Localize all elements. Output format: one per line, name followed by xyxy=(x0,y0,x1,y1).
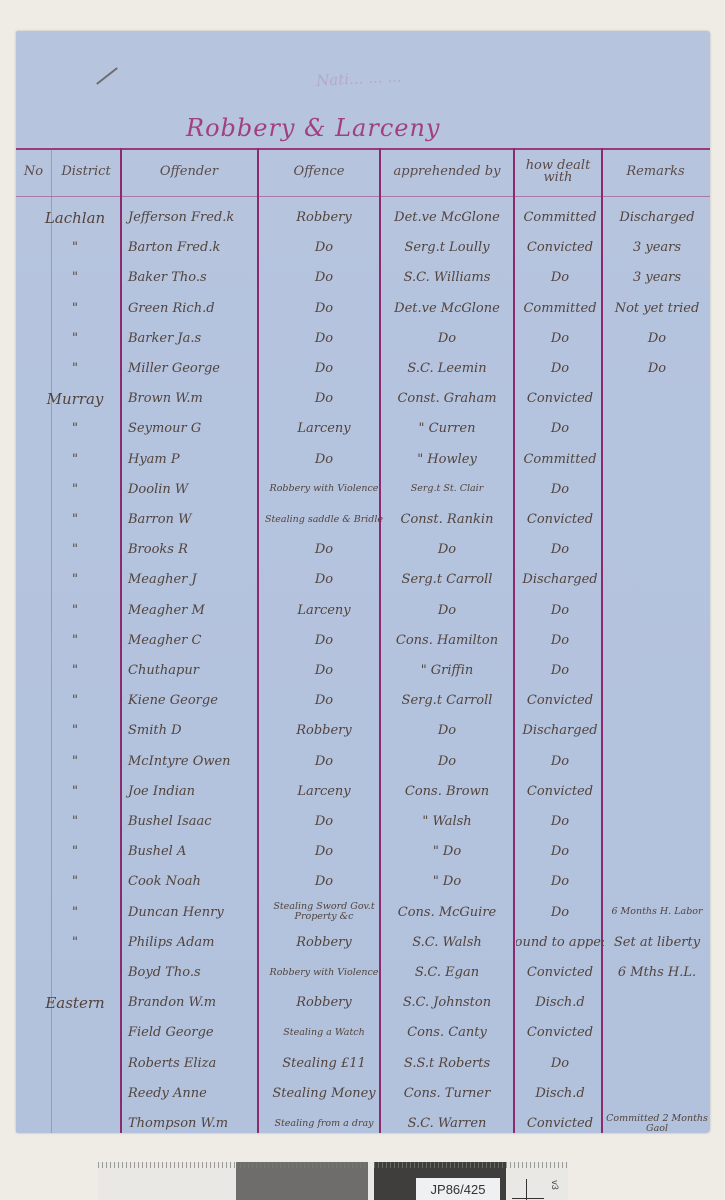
offence-cell: Do xyxy=(264,324,384,353)
offence-cell: Do xyxy=(264,807,384,836)
district-cell xyxy=(32,1049,118,1078)
apprehended-by-cell: Cons. McGuire xyxy=(382,898,512,927)
dealt-with-cell: Do xyxy=(516,626,604,655)
remarks-cell xyxy=(606,747,708,776)
offender-cell: Barker Ja.s xyxy=(124,324,264,353)
table-row: "Bushel IsaacDo" WalshDo xyxy=(16,807,710,836)
dealt-with-cell: Committed xyxy=(516,294,604,323)
header-apprehended-by: apprehended by xyxy=(381,149,513,195)
district-cell: Eastern xyxy=(32,988,118,1017)
offender-cell: Brandon W.m xyxy=(124,988,264,1017)
offence-cell: Do xyxy=(264,233,384,262)
dealt-with-cell: Convicted xyxy=(516,958,604,987)
offence-cell: Do xyxy=(264,837,384,866)
dealt-with-cell: Do xyxy=(516,898,604,927)
header-district: District xyxy=(52,149,120,195)
table-row: "Philips AdamRobberyS.C. WalshBound to a… xyxy=(16,928,710,957)
district-cell: " xyxy=(32,716,118,745)
apprehended-by-cell: " Griffin xyxy=(382,656,512,685)
dealt-with-cell: Do xyxy=(516,747,604,776)
district-cell xyxy=(32,958,118,987)
offender-cell: Chuthapur xyxy=(124,656,264,685)
offence-cell: Do xyxy=(264,686,384,715)
table-row: Field GeorgeStealing a WatchCons. CantyC… xyxy=(16,1018,710,1047)
header-offence: Offence xyxy=(259,149,379,195)
remarks-cell: 6 Months H. Labor xyxy=(606,898,708,927)
table-row: "Meagher MLarcenyDoDo xyxy=(16,596,710,625)
district-cell: " xyxy=(32,898,118,927)
offender-cell: Reedy Anne xyxy=(124,1079,264,1108)
apprehended-by-cell: " Do xyxy=(382,837,512,866)
table-row: LachlanJefferson Fred.kRobberyDet.ve McG… xyxy=(16,203,710,232)
offence-cell: Robbery xyxy=(264,716,384,745)
remarks-cell: Do xyxy=(606,324,708,353)
dealt-with-cell: Do xyxy=(516,867,604,896)
table-row: "Green Rich.dDoDet.ve McGloneCommittedNo… xyxy=(16,294,710,323)
apprehended-by-cell: S.C. Walsh xyxy=(382,928,512,957)
offender-cell: Brown W.m xyxy=(124,384,264,413)
remarks-cell xyxy=(606,626,708,655)
remarks-cell xyxy=(606,686,708,715)
offence-cell: Stealing Sword Gov.t Property &c xyxy=(264,898,384,927)
offender-cell: Barron W xyxy=(124,505,264,534)
offender-cell: Jefferson Fred.k xyxy=(124,203,264,232)
apprehended-by-cell: Serg.t Loully xyxy=(382,233,512,262)
ledger-page: Nati... ... ... Robbery & Larceny No Dis… xyxy=(16,31,710,1133)
offence-cell: Larceny xyxy=(264,777,384,806)
offence-cell: Larceny xyxy=(264,596,384,625)
remarks-cell xyxy=(606,414,708,443)
offender-cell: Baker Tho.s xyxy=(124,263,264,292)
remarks-cell xyxy=(606,807,708,836)
offender-cell: Bushel Isaac xyxy=(124,807,264,836)
dealt-with-cell: Discharged xyxy=(516,565,604,594)
table-row: MurrayBrown W.mDoConst. GrahamConvicted xyxy=(16,384,710,413)
dealt-with-cell: Disch.d xyxy=(516,988,604,1017)
table-row: Boyd Tho.sRobbery with ViolenceS.C. Egan… xyxy=(16,958,710,987)
table-row: EasternBrandon W.mRobberyS.C. JohnstonDi… xyxy=(16,988,710,1017)
table-row: "Meagher JDoSerg.t CarrollDischarged xyxy=(16,565,710,594)
offender-cell: Bushel A xyxy=(124,837,264,866)
offence-cell: Do xyxy=(264,747,384,776)
apprehended-by-cell: S.C. Warren xyxy=(382,1109,512,1138)
apprehended-by-cell: " Walsh xyxy=(382,807,512,836)
offender-cell: Barton Fred.k xyxy=(124,233,264,262)
offender-cell: Roberts Eliza xyxy=(124,1049,264,1078)
table-row: "Miller GeorgeDoS.C. LeeminDoDo xyxy=(16,354,710,383)
district-cell: " xyxy=(32,475,118,504)
remarks-cell xyxy=(606,867,708,896)
table-row: "Barker Ja.sDoDoDoDo xyxy=(16,324,710,353)
district-cell: " xyxy=(32,445,118,474)
offence-cell: Stealing Money xyxy=(264,1079,384,1108)
header-offender: Offender xyxy=(122,149,256,195)
offence-cell: Do xyxy=(264,867,384,896)
apprehended-by-cell: Cons. Turner xyxy=(382,1079,512,1108)
remarks-cell: Not yet tried xyxy=(606,294,708,323)
dealt-with-cell: Convicted xyxy=(516,505,604,534)
dealt-with-cell: Disch.d xyxy=(516,1079,604,1108)
apprehended-by-cell: Const. Rankin xyxy=(382,505,512,534)
remarks-cell xyxy=(606,505,708,534)
remarks-cell xyxy=(606,596,708,625)
offender-cell: Kiene George xyxy=(124,686,264,715)
dealt-with-cell: Do xyxy=(516,1049,604,1078)
offence-cell: Stealing £11 xyxy=(264,1049,384,1078)
dealt-with-cell: Do xyxy=(516,354,604,383)
page-title: Robbery & Larceny xyxy=(186,114,506,142)
table-row: "Seymour GLarceny" CurrenDo xyxy=(16,414,710,443)
offence-cell: Do xyxy=(264,656,384,685)
remarks-cell xyxy=(606,535,708,564)
district-cell: " xyxy=(32,505,118,534)
offender-cell: Meagher M xyxy=(124,596,264,625)
table-row: "ChuthapurDo" GriffinDo xyxy=(16,656,710,685)
dealt-with-cell: Do xyxy=(516,475,604,504)
offence-cell: Robbery xyxy=(264,928,384,957)
apprehended-by-cell: S.C. Williams xyxy=(382,263,512,292)
table-row: "Baker Tho.sDoS.C. WilliamsDo3 years xyxy=(16,263,710,292)
dealt-with-cell: Convicted xyxy=(516,1018,604,1047)
apprehended-by-cell: S.C. Leemin xyxy=(382,354,512,383)
table-row: "McIntyre OwenDoDoDo xyxy=(16,747,710,776)
table-row: "Smith DRobberyDoDischarged xyxy=(16,716,710,745)
apprehended-by-cell: Do xyxy=(382,747,512,776)
offender-cell: Field George xyxy=(124,1018,264,1047)
remarks-cell xyxy=(606,1018,708,1047)
scale-segment-white xyxy=(98,1162,236,1200)
remarks-cell: Set at liberty xyxy=(606,928,708,957)
apprehended-by-cell: Do xyxy=(382,716,512,745)
district-cell xyxy=(32,1109,118,1138)
remarks-cell: 3 years xyxy=(606,263,708,292)
table-row: "Kiene GeorgeDoSerg.t CarrollConvicted xyxy=(16,686,710,715)
offence-cell: Do xyxy=(264,294,384,323)
table-row: Reedy AnneStealing MoneyCons. TurnerDisc… xyxy=(16,1079,710,1108)
table-row: "Barton Fred.kDoSerg.t LoullyConvicted3 … xyxy=(16,233,710,262)
catalog-label: JP86/425 xyxy=(416,1178,500,1200)
remarks-cell: 3 years xyxy=(606,233,708,262)
district-cell: " xyxy=(32,747,118,776)
dealt-with-cell: Discharged xyxy=(516,716,604,745)
offender-cell: Doolin W xyxy=(124,475,264,504)
version-label: v3 xyxy=(550,1180,560,1190)
scale-segment-gray xyxy=(236,1162,368,1200)
offence-cell: Stealing from a dray xyxy=(264,1109,384,1138)
apprehended-by-cell: Det.ve McGlone xyxy=(382,294,512,323)
dealt-with-cell: Convicted xyxy=(516,1109,604,1138)
offender-cell: Hyam P xyxy=(124,445,264,474)
apprehended-by-cell: Do xyxy=(382,324,512,353)
table-row: "Joe IndianLarcenyCons. BrownConvicted xyxy=(16,777,710,806)
apprehended-by-cell: Serg.t Carroll xyxy=(382,686,512,715)
remarks-cell: 6 Mths H.L. xyxy=(606,958,708,987)
offender-cell: Miller George xyxy=(124,354,264,383)
scale-segment-end: v3 xyxy=(506,1162,568,1200)
remarks-cell xyxy=(606,777,708,806)
table-row: "Duncan HenryStealing Sword Gov.t Proper… xyxy=(16,898,710,927)
remarks-cell xyxy=(606,837,708,866)
district-cell: " xyxy=(32,807,118,836)
dealt-with-cell: Do xyxy=(516,596,604,625)
offence-cell: Do xyxy=(264,535,384,564)
offence-cell: Robbery with Violence xyxy=(264,475,384,504)
apprehended-by-cell: S.C. Egan xyxy=(382,958,512,987)
offender-cell: Cook Noah xyxy=(124,867,264,896)
scale-segment-dark: JP86/425 xyxy=(374,1162,506,1200)
district-cell: " xyxy=(32,837,118,866)
district-cell: " xyxy=(32,777,118,806)
apprehended-by-cell: Serg.t St. Clair xyxy=(382,475,512,504)
header-no: No xyxy=(16,149,51,195)
offence-cell: Do xyxy=(264,626,384,655)
apprehended-by-cell: " Do xyxy=(382,867,512,896)
apprehended-by-cell: Cons. Canty xyxy=(382,1018,512,1047)
district-cell: " xyxy=(32,354,118,383)
table-row: Roberts ElizaStealing £11S.S.t RobertsDo xyxy=(16,1049,710,1078)
header-how-dealt-with: how dealt with xyxy=(515,149,601,195)
remarks-cell xyxy=(606,475,708,504)
color-scale-bar: JP86/425 v3 xyxy=(98,1162,568,1200)
offence-cell: Stealing saddle & Bridle xyxy=(264,505,384,534)
offender-cell: Green Rich.d xyxy=(124,294,264,323)
district-cell: " xyxy=(32,626,118,655)
offender-cell: Smith D xyxy=(124,716,264,745)
district-cell: " xyxy=(32,686,118,715)
offender-cell: Philips Adam xyxy=(124,928,264,957)
remarks-cell xyxy=(606,1079,708,1108)
dealt-with-cell: Do xyxy=(516,535,604,564)
remarks-cell xyxy=(606,656,708,685)
dealt-with-cell: Do xyxy=(516,807,604,836)
district-cell: " xyxy=(32,565,118,594)
remarks-cell xyxy=(606,1049,708,1078)
apprehended-by-cell: Serg.t Carroll xyxy=(382,565,512,594)
offender-cell: McIntyre Owen xyxy=(124,747,264,776)
apprehended-by-cell: Do xyxy=(382,596,512,625)
table-row: "Cook NoahDo" DoDo xyxy=(16,867,710,896)
faint-heading: Nati... ... ... xyxy=(316,58,577,90)
offence-cell: Robbery xyxy=(264,988,384,1017)
table-row: "Bushel ADo" DoDo xyxy=(16,837,710,866)
apprehended-by-cell: Cons. Hamilton xyxy=(382,626,512,655)
offence-cell: Robbery with Violence xyxy=(264,958,384,987)
dealt-with-cell: Convicted xyxy=(516,233,604,262)
crosshair-line xyxy=(512,1198,544,1199)
offender-cell: Meagher J xyxy=(124,565,264,594)
table-row: Thompson W.mStealing from a drayS.C. War… xyxy=(16,1109,710,1138)
table-row: "Brooks RDoDoDo xyxy=(16,535,710,564)
apprehended-by-cell: S.C. Johnston xyxy=(382,988,512,1017)
dealt-with-cell: Committed xyxy=(516,445,604,474)
district-cell xyxy=(32,1018,118,1047)
offence-cell: Do xyxy=(264,384,384,413)
district-cell: " xyxy=(32,263,118,292)
district-cell: " xyxy=(32,233,118,262)
offender-cell: Duncan Henry xyxy=(124,898,264,927)
remarks-cell: Committed 2 Months Gaol xyxy=(606,1109,708,1138)
district-cell: " xyxy=(32,867,118,896)
district-cell: Murray xyxy=(32,384,118,413)
dealt-with-cell: Do xyxy=(516,324,604,353)
district-cell: " xyxy=(32,535,118,564)
offence-cell: Larceny xyxy=(264,414,384,443)
table-row: "Barron WStealing saddle & BridleConst. … xyxy=(16,505,710,534)
district-cell: " xyxy=(32,928,118,957)
crosshair-icon xyxy=(526,1179,527,1200)
offender-cell: Brooks R xyxy=(124,535,264,564)
remarks-cell xyxy=(606,988,708,1017)
header-remarks: Remarks xyxy=(603,149,708,195)
pencil-mark xyxy=(96,67,118,85)
dealt-with-cell: Convicted xyxy=(516,384,604,413)
offence-cell: Robbery xyxy=(264,203,384,232)
district-cell: " xyxy=(32,596,118,625)
offence-cell: Do xyxy=(264,354,384,383)
offence-cell: Do xyxy=(264,445,384,474)
apprehended-by-cell: " Curren xyxy=(382,414,512,443)
remarks-cell xyxy=(606,445,708,474)
apprehended-by-cell: S.S.t Roberts xyxy=(382,1049,512,1078)
district-cell: " xyxy=(32,324,118,353)
apprehended-by-cell: Const. Graham xyxy=(382,384,512,413)
apprehended-by-cell: Cons. Brown xyxy=(382,777,512,806)
dealt-with-cell: Convicted xyxy=(516,777,604,806)
dealt-with-cell: Convicted xyxy=(516,686,604,715)
offender-cell: Thompson W.m xyxy=(124,1109,264,1138)
offence-cell: Stealing a Watch xyxy=(264,1018,384,1047)
dealt-with-cell: Bound to appear xyxy=(516,928,604,957)
district-cell: Lachlan xyxy=(32,203,118,232)
offence-cell: Do xyxy=(264,565,384,594)
offence-cell: Do xyxy=(264,263,384,292)
district-cell: " xyxy=(32,414,118,443)
dealt-with-cell: Do xyxy=(516,656,604,685)
offender-cell: Boyd Tho.s xyxy=(124,958,264,987)
table-row: "Hyam PDo" HowleyCommitted xyxy=(16,445,710,474)
table-row: "Meagher CDoCons. HamiltonDo xyxy=(16,626,710,655)
remarks-cell: Do xyxy=(606,354,708,383)
offender-cell: Seymour G xyxy=(124,414,264,443)
district-cell: " xyxy=(32,294,118,323)
table-row: "Doolin WRobbery with ViolenceSerg.t St.… xyxy=(16,475,710,504)
remarks-cell: Discharged xyxy=(606,203,708,232)
dealt-with-cell: Do xyxy=(516,837,604,866)
remarks-cell xyxy=(606,565,708,594)
district-cell xyxy=(32,1079,118,1108)
offender-cell: Joe Indian xyxy=(124,777,264,806)
remarks-cell xyxy=(606,716,708,745)
apprehended-by-cell: Do xyxy=(382,535,512,564)
dealt-with-cell: Committed xyxy=(516,203,604,232)
district-cell: " xyxy=(32,656,118,685)
dealt-with-cell: Do xyxy=(516,414,604,443)
apprehended-by-cell: " Howley xyxy=(382,445,512,474)
remarks-cell xyxy=(606,384,708,413)
dealt-with-cell: Do xyxy=(516,263,604,292)
apprehended-by-cell: Det.ve McGlone xyxy=(382,203,512,232)
offender-cell: Meagher C xyxy=(124,626,264,655)
